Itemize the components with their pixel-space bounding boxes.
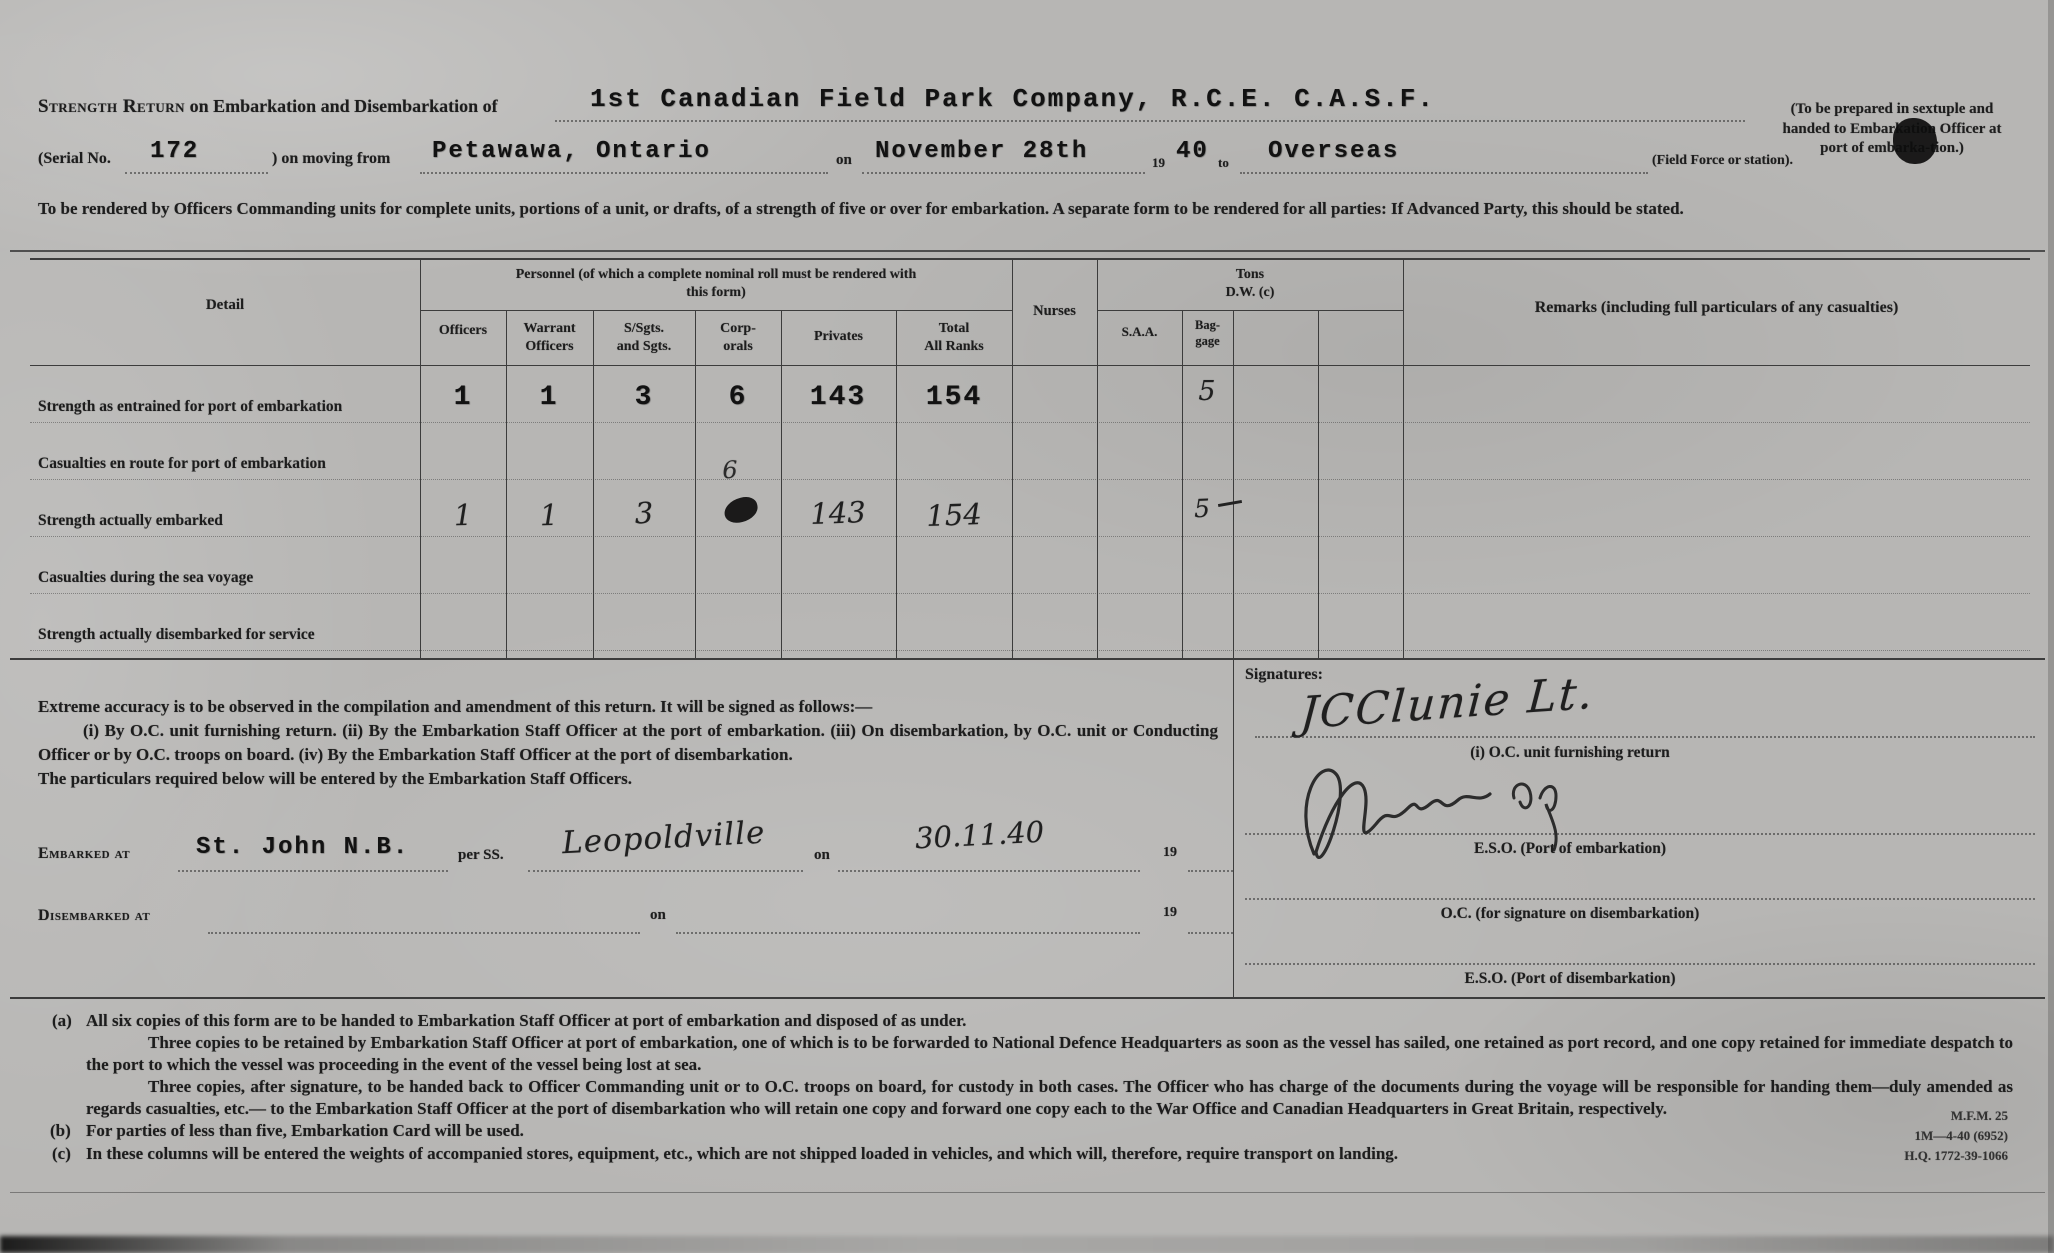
cell-entrained-total: 154 [926,382,982,413]
ship-rule [528,870,803,872]
form-title-lead: Strength Return [38,96,185,117]
scribble-correction [722,494,761,526]
col-header-tons-dw: Tons D.W. (c) [1097,266,1403,301]
table-vline [781,310,782,658]
embarked-place-rule [178,870,448,872]
col-header-warrant-officers: Warrant Officers [506,320,593,355]
scan-edge-shadow [0,1236,2054,1253]
footnote-b-text: For parties of less than five, Embarkati… [86,1121,524,1140]
embark-year-rule [1188,870,1233,872]
col-header-nurses: Nurses [1012,302,1097,320]
year-prefix: 19 [1152,155,1165,171]
footnote-a: (a) All six copies of this form are to b… [38,1010,2013,1032]
oc-disembark-line [1245,898,2035,900]
header-rule [10,250,2045,252]
col-header-privates: Privates [781,328,896,346]
ink-blob [1893,118,1937,164]
date-rule [862,172,1145,174]
footnote-c-text: In these columns will be entered the wei… [86,1144,1398,1163]
col-header-officers: Officers [420,322,506,340]
moving-from-label: ) on moving from [272,150,390,168]
cell-embarked-sgts: 3 [634,496,654,531]
oc-disembark-label: O.C. (for signature on disembarkation) [1310,905,1830,923]
per-ss-label: per SS. [458,847,504,864]
table-vline [593,310,594,658]
row-label: Casualties en route for port of embarkat… [38,455,326,473]
embarked-on-label: on [814,847,830,864]
row-dotted-line [30,536,2030,537]
row-dotted-line [30,479,2030,480]
strength-table: Detail Personnel (of which a complete no… [30,258,2030,658]
scan-right-edge [2048,0,2054,1253]
serial-number: 172 [150,138,199,165]
accuracy-line1: Extreme accuracy is to be observed in th… [38,695,1218,719]
disembarked-at-label: Disembarked at [38,907,150,925]
row-label: Strength actually disembarked for servic… [38,626,315,644]
footnote-a-text: All six copies of this form are to be ha… [86,1011,966,1030]
table-vline [695,310,696,658]
oc-signature-line [1255,736,2035,738]
table-vline [896,310,897,658]
oc-signature: JCClunie Lt. [1299,668,1597,740]
disembarked-on-label: on [650,907,666,924]
cell-entrained-privates: 143 [810,382,866,413]
embarked-at-label: Embarked at [38,845,130,863]
col-header-remarks: Remarks (including full particulars of a… [1403,298,2030,318]
footnote-b-label: (b) [50,1120,71,1142]
row-dotted-line [30,650,2030,651]
footnote-a-sub2: Three copies, after signature, to be han… [38,1076,2013,1120]
cell-embarked-corporals: 6 [722,456,738,485]
embark-date-value: 30.11.40 [914,815,1045,856]
table-vline [1182,310,1183,658]
from-place-rule [420,172,828,174]
eso-embark-line [1245,833,2035,835]
accuracy-note: Extreme accuracy is to be observed in th… [38,695,1218,792]
signatures-heading: Signatures: [1245,666,1323,684]
cell-entrained-baggage: 5 [1198,376,1215,407]
render-note: To be rendered by Officers Commanding un… [38,198,1768,221]
col-header-saa: S.A.A. [1097,324,1182,340]
footnote-c-label: (c) [52,1143,71,1165]
col-header-total-all-ranks: Total All Ranks [896,320,1012,355]
col-header-personnel: Personnel (of which a complete nominal r… [420,266,1012,301]
pen-stroke [1218,500,1242,507]
col-header-corporals: Corp- orals [695,320,781,355]
row-label: Strength as entrained for port of embark… [38,398,342,416]
ship-name-value: Leopoldville [561,815,766,862]
form-title: Strength Return on Embarkation and Disem… [38,96,498,118]
on-label: on [836,152,852,169]
destination-rule [1240,172,1648,174]
table-vline [1097,258,1098,658]
row-dotted-line [30,593,2030,594]
serial-rule [125,172,268,174]
col-header-baggage: Bag- gage [1182,318,1233,349]
form-title-rest: on Embarkation and Disembarkation of [190,96,498,116]
row-label: Strength actually embarked [38,512,223,530]
section-divider [10,658,2045,660]
disembarked-year-prefix: 19 [1163,905,1177,921]
year-value: 40 [1176,138,1209,165]
footnotes-divider [10,997,2045,999]
table-vline [506,310,507,658]
cell-entrained-officers: 1 [454,382,473,413]
move-date-value: November 28th [875,138,1088,165]
cell-entrained-sgts: 3 [635,382,654,413]
print-ref-hq: H.Q. 1772-39-1066 [1904,1146,2008,1166]
cell-embarked-baggage: 5 [1194,494,1211,524]
footnote-b: (b) For parties of less than five, Embar… [38,1120,2013,1142]
cell-entrained-warrant: 1 [540,382,559,413]
tons-divider-line [1097,310,1403,311]
footnote-c: (c) In these columns will be entered the… [38,1143,2013,1165]
row-dotted-line [30,422,2030,423]
unit-name-rule [555,120,1745,122]
signatures-divider [1233,658,1234,997]
embarked-place-value: St. John N.B. [196,834,409,861]
embarked-year-prefix: 19 [1163,845,1177,861]
from-place-value: Petawawa, Ontario [432,138,711,165]
table-vline [1403,258,1404,658]
table-top-line [30,258,2030,260]
eso-embark-label: E.S.O. (Port of embarkation) [1310,840,1830,858]
prepare-note: (To be prepared in sextuple and handed t… [1768,100,2016,159]
table-vline [420,258,421,658]
eso-disembark-line [1245,963,2035,965]
personnel-divider-line [420,310,1012,311]
accuracy-line2: (i) By O.C. unit furnishing return. (ii)… [38,719,1218,767]
station-note: (Field Force or station). [1652,153,1793,169]
col-header-detail: Detail [30,296,420,315]
cell-embarked-total: 154 [926,497,983,533]
cell-embarked-privates: 143 [810,495,867,531]
cell-embarked-officers: 1 [453,498,473,533]
cell-entrained-corporals: 6 [729,382,748,413]
serial-label: (Serial No. [38,150,111,168]
accuracy-line3: The particulars required below will be e… [38,767,1218,791]
col-header-sgts: S/Sgts. and Sgts. [593,320,695,355]
embark-date-rule [838,870,1140,872]
form-bottom-rule [10,1192,2045,1193]
disembarked-place-rule [208,932,640,934]
to-label: to [1218,155,1229,171]
print-ref-run: 1M—4-40 (6952) [1904,1126,2008,1146]
print-refs: M.F.M. 25 1M—4-40 (6952) H.Q. 1772-39-10… [1904,1106,2008,1166]
destination-value: Overseas [1268,138,1399,165]
disembark-year-rule [1188,932,1233,934]
subheader-divider-line [30,365,2030,366]
print-ref-mfm: M.F.M. 25 [1904,1106,2008,1126]
footnotes: (a) All six copies of this form are to b… [38,1010,2013,1165]
scanned-form-page: Strength Return on Embarkation and Disem… [0,0,2054,1253]
table-vline [1233,310,1234,658]
eso-disembark-label: E.S.O. (Port of disembarkation) [1310,970,1830,988]
footnote-a-label: (a) [52,1010,72,1032]
disembark-date-rule [676,932,1140,934]
unit-name-value: 1st Canadian Field Park Company, R.C.E. … [590,84,1435,114]
footnote-a-sub1: Three copies to be retained by Embarkati… [38,1032,2013,1076]
cell-embarked-warrant: 1 [539,498,559,533]
row-label: Casualties during the sea voyage [38,569,253,587]
table-vline [1318,310,1319,658]
